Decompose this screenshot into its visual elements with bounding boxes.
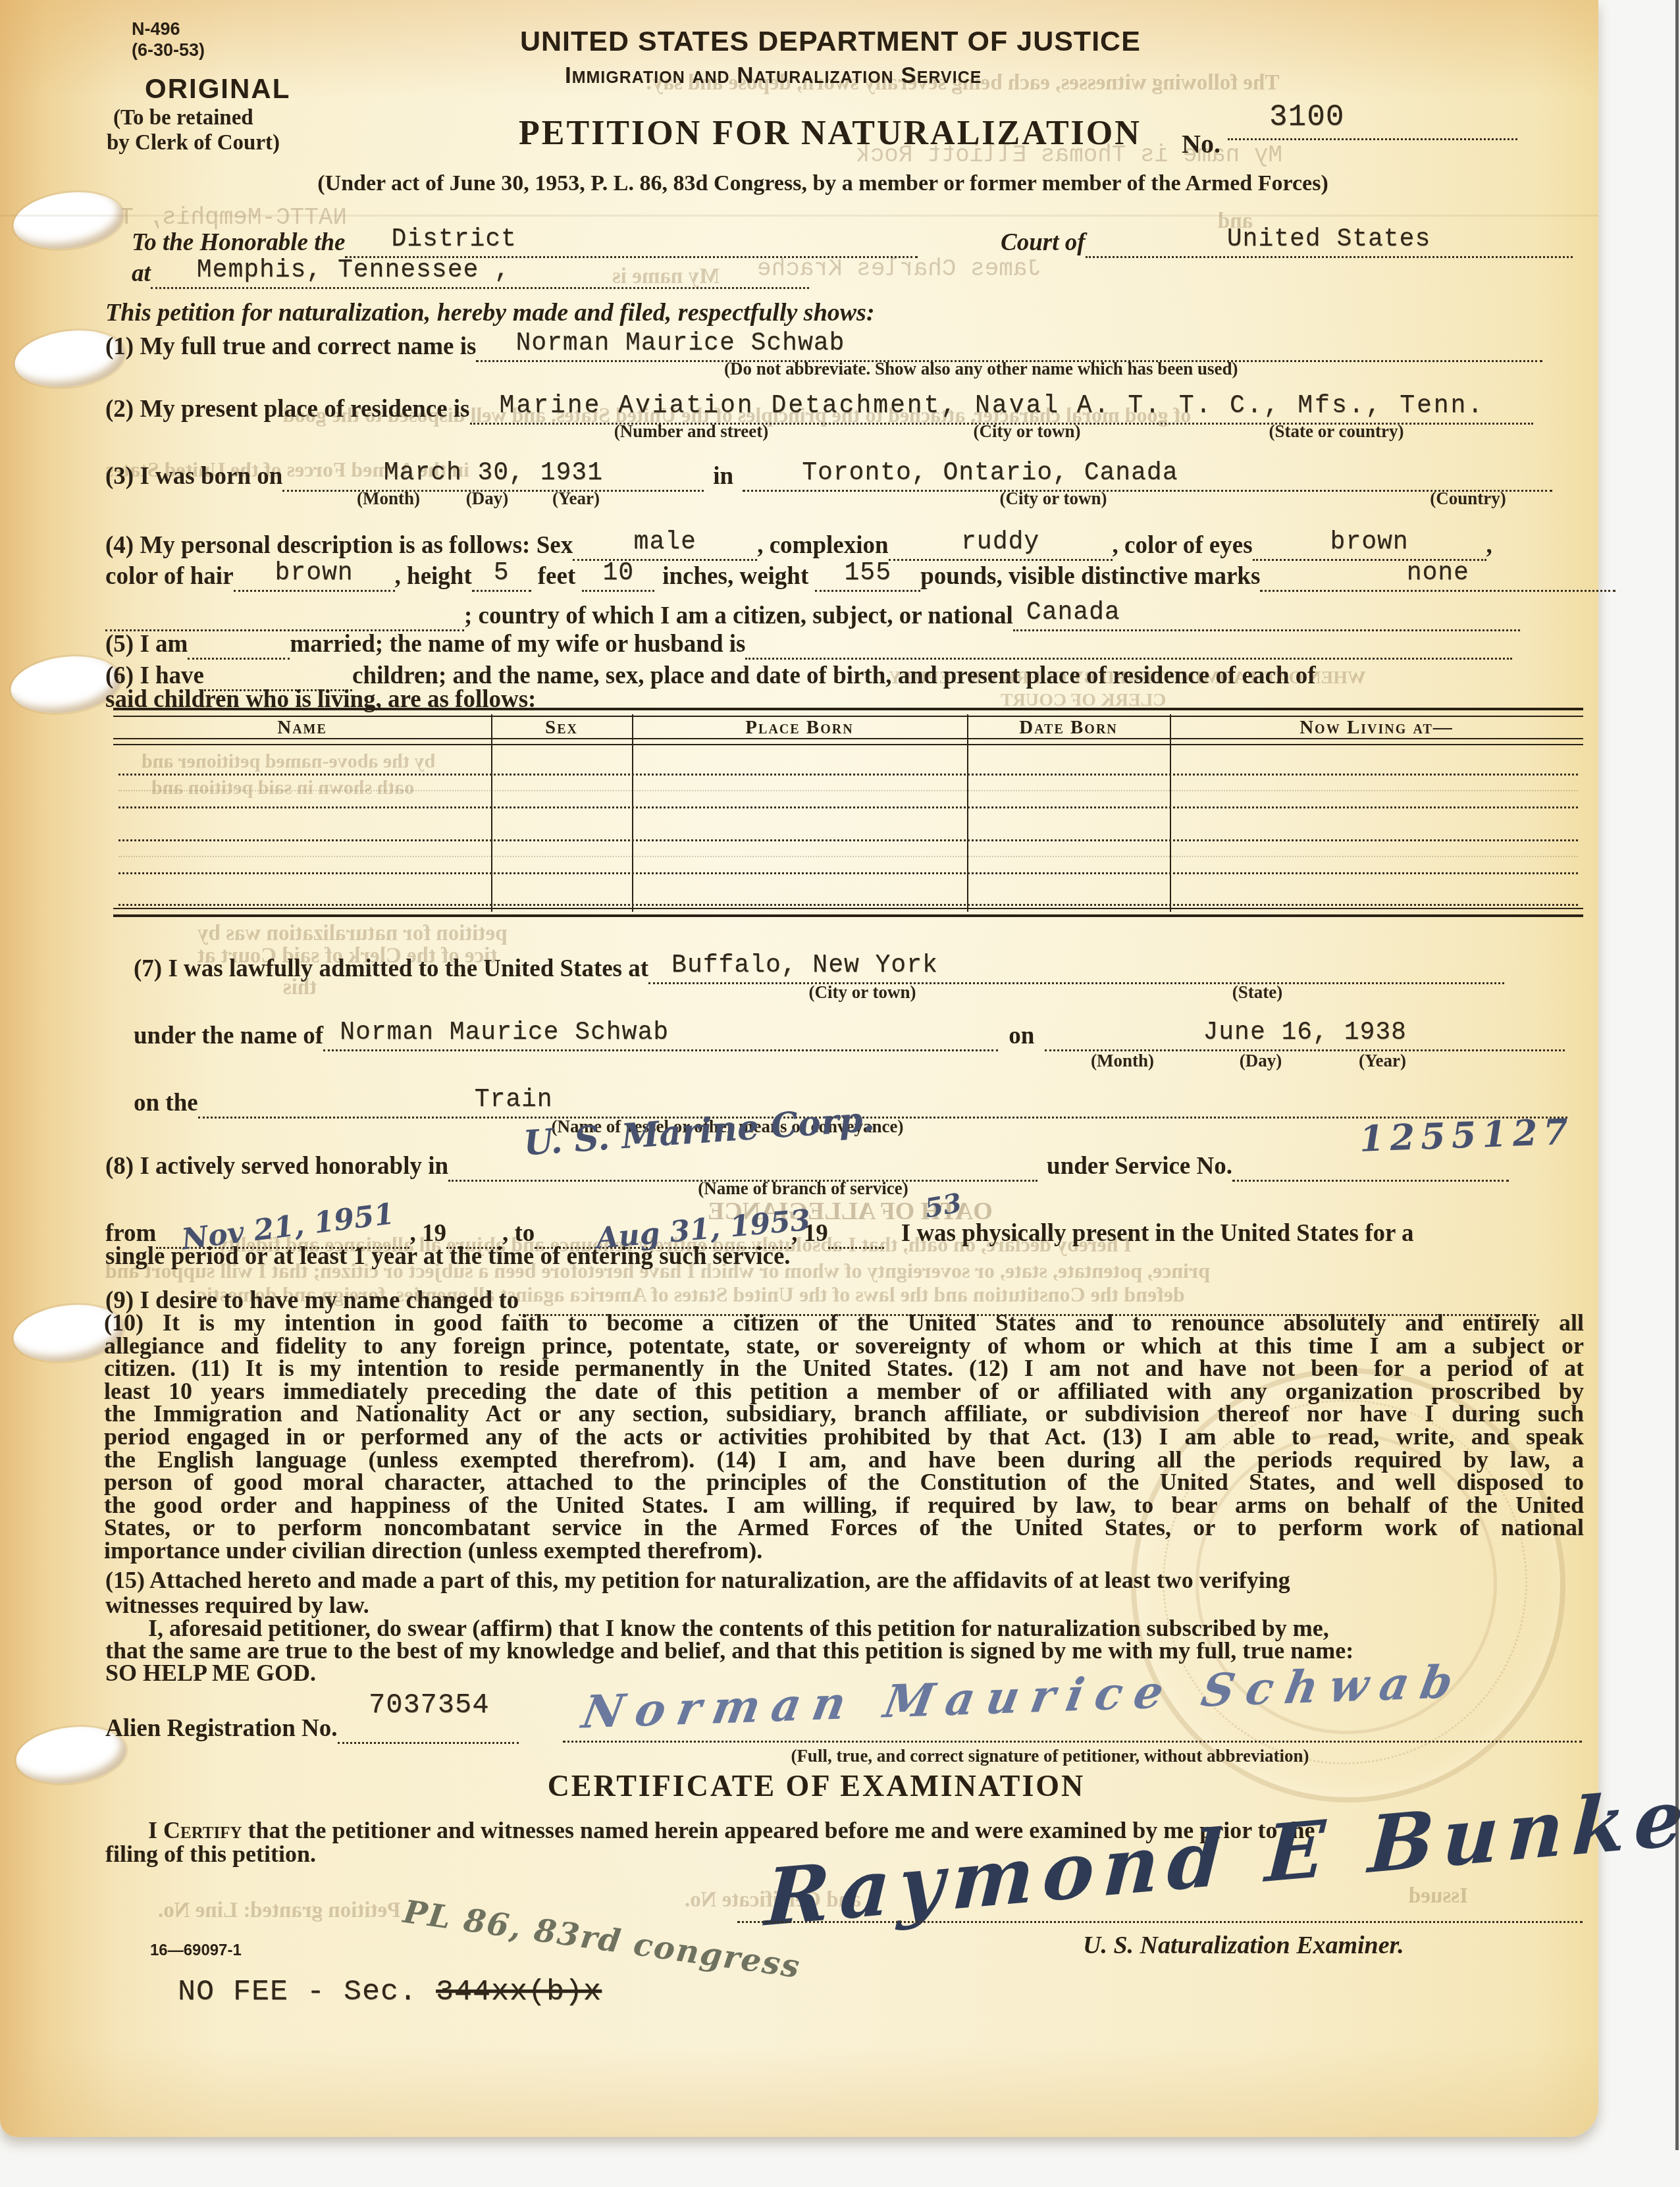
- paragraph-line: (10) It is my intention in good faith to…: [104, 1311, 1584, 1334]
- table-column-line: [632, 714, 633, 912]
- married-field: [188, 629, 290, 660]
- item8-rest: I was physically present in the United S…: [884, 1220, 1414, 1247]
- item7-caption-city: (City or town): [777, 982, 948, 1003]
- admitted-on-field: June 16, 1938: [1045, 1020, 1565, 1051]
- examiner-signature-line: [737, 1921, 1583, 1923]
- item2-caption-state: (State or country): [1238, 421, 1435, 442]
- hair-field: brown: [234, 561, 395, 592]
- paragraph-line: least 10 years immediately preceding the…: [104, 1380, 1584, 1403]
- item4-l1d: ,: [1486, 532, 1492, 559]
- item4-l2b: , height: [395, 563, 472, 590]
- alien-registration-label: Alien Registration No.: [105, 1715, 338, 1742]
- paragraph-line: States, or to perform noncombatant servi…: [104, 1516, 1584, 1539]
- paragraph-line: the English language (unless exempted th…: [104, 1448, 1584, 1471]
- service-to-year-handwritten: 53: [922, 1188, 964, 1225]
- alien-registration-field: [338, 1713, 519, 1744]
- item1-field: Norman Maurice Schwab: [476, 331, 1542, 362]
- item4-l2a: color of hair: [105, 563, 234, 590]
- service-no-handwritten-value: 1255127: [1359, 1110, 1575, 1159]
- intro-line: This petition for naturalization, hereby…: [105, 298, 875, 328]
- paragraph-line: citizen. (11) It is my intention to resi…: [104, 1357, 1584, 1380]
- column-header-now-living: Now Living at—: [1170, 717, 1583, 739]
- column-header-place-born: Place Born: [632, 717, 967, 739]
- complexion-field: ruddy: [889, 530, 1113, 561]
- table-row-ghost: [118, 790, 1578, 791]
- admitted-at-value: Buffalo, New York: [648, 951, 1504, 980]
- paper-crease: [0, 215, 1598, 217]
- signature-caption: (Full, true, and correct signature of pe…: [718, 1746, 1382, 1766]
- item7-caption-day: (Day): [1218, 1051, 1303, 1071]
- original-label: ORIGINAL: [145, 74, 290, 104]
- under-name-label: under the name of: [134, 1022, 323, 1049]
- complexion-value: ruddy: [889, 528, 1113, 556]
- citizen-country-value: Canada: [1013, 598, 1520, 627]
- court-of-value: United States: [1086, 225, 1573, 253]
- ghost-text: petition for naturalization was by: [197, 922, 508, 946]
- paragraph-line: person of good moral character, attached…: [104, 1471, 1584, 1494]
- conveyance-field: Train: [198, 1088, 1567, 1119]
- certificate-line1-certify: I Certify: [148, 1817, 242, 1843]
- on-label: on: [998, 1022, 1045, 1049]
- item3-caption-city: (City or town): [961, 488, 1145, 509]
- petition-no-line: [1228, 138, 1517, 140]
- item15-line2: witnesses required by law.: [105, 1593, 369, 1618]
- paragraph-line: the Immigration and Nationality Act or a…: [104, 1402, 1584, 1425]
- column-header-name: Name: [113, 717, 491, 739]
- table-row: [118, 774, 1578, 776]
- item4-l1b: , complexion: [757, 532, 888, 559]
- no-fee-struck-section: 344xx(b)x: [436, 1975, 602, 2009]
- legal-paragraph: (10) It is my intention in good faith to…: [104, 1311, 1584, 1562]
- spouse-name-field: [745, 629, 1512, 660]
- item4-l1a: (4) My personal description is as follow…: [105, 532, 573, 559]
- table-row: [118, 839, 1578, 841]
- agency-service: Immigration and Naturalization Service: [565, 61, 982, 91]
- item3-in: in: [704, 463, 743, 490]
- citizen-country-field: Canada: [1013, 600, 1520, 631]
- birth-place-value: Toronto, Ontario, Canada: [743, 459, 1552, 487]
- at-label: at: [132, 260, 151, 287]
- table-row: [118, 872, 1578, 874]
- marks-value: none: [1260, 559, 1615, 587]
- item3-label: (3) I was born on: [105, 463, 282, 490]
- item5-a: (5) I am: [105, 631, 188, 658]
- column-header-date-born: Date Born: [967, 717, 1170, 739]
- paragraph-line: the good order and happiness of the Unit…: [104, 1494, 1584, 1517]
- item4-l2d: inches, weight: [654, 563, 815, 590]
- item8-rest2: single period or at least 1 year at the …: [105, 1242, 791, 1272]
- item2-caption-city: (City or town): [935, 421, 1119, 442]
- height-inches-value: 10: [582, 559, 654, 587]
- table-bottom-rule: [113, 908, 1583, 917]
- children-table: Name Sex Place Born Date Born Now Living…: [113, 708, 1583, 917]
- at-value: Memphis, Tennessee ,: [151, 256, 809, 284]
- court-of-field: United States: [1086, 227, 1573, 258]
- birth-date-field: March 30, 1931: [282, 461, 704, 492]
- column-header-sex: Sex: [491, 717, 632, 739]
- scan-edge-line: [1675, 0, 1679, 2150]
- retained-note: (To be retainedby Clerk of Court): [113, 105, 280, 155]
- item7-label: (7) I was lawfully admitted to the Unite…: [134, 955, 648, 982]
- petition-form-paper: The following witnesses, each being seve…: [0, 0, 1598, 2137]
- table-column-line: [1170, 714, 1171, 912]
- to-honorable-label: To the Honorable the: [132, 229, 345, 256]
- marks-field: none: [1260, 561, 1615, 592]
- item5-b: married; the name of my wife or husband …: [290, 631, 745, 658]
- hair-value: brown: [234, 559, 395, 587]
- paragraph-line: period engaged in or performed any of th…: [104, 1425, 1584, 1448]
- service-no-label: under Service No.: [1037, 1153, 1232, 1180]
- to-year-field: [828, 1218, 884, 1249]
- item2-label: (2) My present place of residence is: [105, 396, 470, 423]
- table-row-ghost: [118, 856, 1578, 857]
- height-feet-field: 5: [472, 561, 531, 592]
- form-title: PETITION FOR NATURALIZATION: [519, 119, 1142, 149]
- ghost-text: Issued: [1409, 1884, 1468, 1909]
- weight-value: 155: [815, 559, 920, 587]
- footer-form-code: 16—69097-1: [150, 1936, 242, 1966]
- item7-caption-year: (Year): [1336, 1051, 1429, 1071]
- petition-no-value: 3100: [1269, 100, 1344, 134]
- height-inches-field: 10: [582, 561, 654, 592]
- under-name-value: Norman Maurice Schwab: [323, 1018, 998, 1047]
- item8-label: (8) I actively served honorably in: [105, 1153, 448, 1180]
- certificate-line2: filing of this petition.: [105, 1842, 316, 1866]
- item7-caption-month: (Month): [1073, 1051, 1172, 1071]
- eyes-value: brown: [1253, 528, 1486, 556]
- item4-l3a: ; country of which I am a citizen, subje…: [464, 602, 1013, 629]
- table-row: [118, 806, 1578, 808]
- item4-l2e: pounds, visible distinctive marks: [920, 563, 1260, 590]
- petitioner-signature-line: [563, 1741, 1582, 1743]
- agency-name: UNITED STATES DEPARTMENT OF JUSTICE: [520, 26, 1141, 57]
- table-column-line: [491, 714, 492, 912]
- admitted-on-value: June 16, 1938: [1045, 1018, 1565, 1047]
- no-fee-label: NO FEE - Sec.: [178, 1975, 417, 2009]
- item1-label: (1) My full true and correct name is: [105, 333, 476, 360]
- residence-value: Marine Aviation Detachment, Naval A. T. …: [470, 392, 1533, 420]
- table-top-rule: [113, 708, 1583, 717]
- item4-l1c: , color of eyes: [1113, 532, 1253, 559]
- examiner-title: U. S. Naturalization Examiner.: [1083, 1930, 1404, 1961]
- birth-place-field: Toronto, Ontario, Canada: [743, 461, 1552, 492]
- ghost-text: Petition granted: Line No.: [158, 1899, 400, 1923]
- item2-field: Marine Aviation Detachment, Naval A. T. …: [470, 394, 1533, 425]
- court-of-label: Court of: [1001, 229, 1086, 256]
- at-field: Memphis, Tennessee ,: [151, 258, 809, 289]
- eyes-field: brown: [1253, 530, 1486, 561]
- table-row: [118, 904, 1578, 906]
- oath-line3: SO HELP ME GOD.: [105, 1661, 316, 1685]
- item3-caption-month: (Month): [342, 488, 434, 509]
- item8-caption-branch: (Name of branch of service): [645, 1178, 961, 1199]
- item15-line1: (15) Attached hereto and made a part of …: [105, 1568, 1290, 1593]
- item3-caption-day: (Day): [448, 488, 527, 509]
- scanned-document-page: The following witnesses, each being seve…: [0, 0, 1680, 2187]
- paragraph-line: importance under civilian direction (unl…: [104, 1539, 1584, 1562]
- item4-l2c: feet: [531, 563, 583, 590]
- petition-no-label: No.: [1182, 129, 1221, 159]
- item1-caption: (Do not abbreviate. Show also any other …: [724, 359, 1238, 379]
- height-feet-value: 5: [472, 559, 531, 587]
- sex-value: male: [573, 528, 757, 556]
- item3-caption-country: (Country): [1396, 488, 1540, 509]
- item4-lead-line: [105, 600, 464, 631]
- act-line: (Under act of June 30, 1953, P. L. 86, 8…: [230, 169, 1415, 199]
- birth-date-value: March 30, 1931: [282, 459, 704, 487]
- form-number: N-496(6-30-53): [132, 18, 205, 61]
- sex-field: male: [573, 530, 757, 561]
- punch-hole: [11, 186, 127, 255]
- onthe-label: on the: [134, 1090, 198, 1117]
- table-column-line: [967, 714, 968, 912]
- item7-caption-state: (State): [1192, 982, 1323, 1003]
- admitted-at-field: Buffalo, New York: [648, 953, 1504, 984]
- under-name-field: Norman Maurice Schwab: [323, 1020, 998, 1051]
- item2-caption-street: (Number and street): [592, 421, 790, 442]
- weight-field: 155: [815, 561, 920, 592]
- table-header-rule: [113, 738, 1583, 745]
- item3-caption-year: (Year): [533, 488, 619, 509]
- court-name-value: District: [345, 225, 918, 253]
- certificate-title: CERTIFICATE OF EXAMINATION: [546, 1771, 1086, 1801]
- court-name-field: District: [345, 227, 918, 258]
- paragraph-line: allegiance and fidelity to any foreign p…: [104, 1334, 1584, 1357]
- conveyance-value: Train: [198, 1086, 1567, 1114]
- full-name-value: Norman Maurice Schwab: [476, 329, 1542, 357]
